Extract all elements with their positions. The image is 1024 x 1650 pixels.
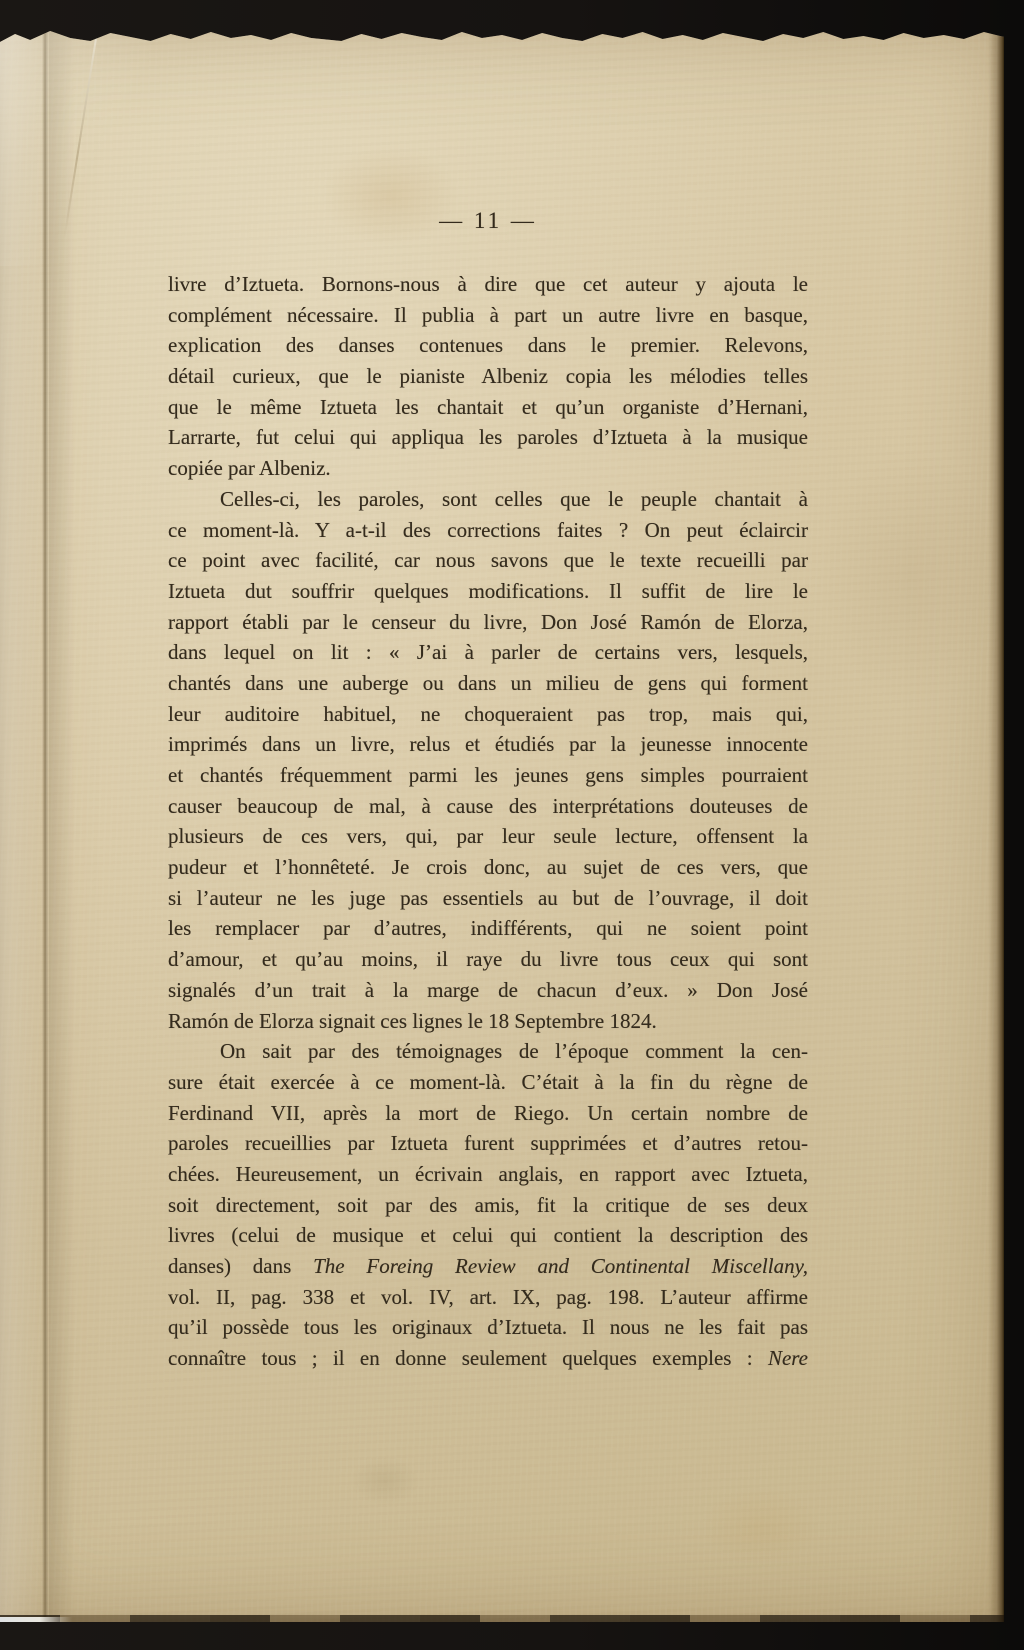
text-line: leur auditoire habituel, ne choqueraient… [168, 699, 808, 730]
text-segment: connaître tous ; il en donne seulement q… [168, 1346, 768, 1370]
text-segment: imprimés dans un livre, relus et étudiés… [168, 732, 808, 756]
paper-stain [700, 1486, 820, 1566]
page-corner-curl [0, 26, 150, 266]
text-line: plusieurs de ces vers, qui, par leur seu… [168, 821, 808, 852]
text-line: Iztueta dut souffrir quelques modificati… [168, 576, 808, 607]
text-segment: leur auditoire habituel, ne choqueraient… [168, 702, 808, 726]
text-line: pudeur et l’honnêteté. Je crois donc, au… [168, 852, 808, 883]
page-bottom-edge [0, 1615, 1004, 1622]
page-number: — 11 — [168, 206, 808, 236]
text-line: sure était exercée à ce moment-là. C’éta… [168, 1067, 808, 1098]
text-segment: les remplacer par d’autres, indifférents… [168, 916, 808, 940]
text-segment: d’amour, et qu’au moins, il raye du livr… [168, 947, 808, 971]
text-line: ce moment-là. Y a-t-il des corrections f… [168, 515, 808, 546]
text-line: explication des danses contenues dans le… [168, 330, 808, 361]
text-segment: dans lequel on lit : « J’ai à parler de … [168, 640, 808, 664]
text-segment: qu’il possède tous les originaux d’Iztue… [168, 1315, 808, 1339]
text-segment: sure était exercée à ce moment-là. C’éta… [168, 1070, 808, 1094]
text-segment: Celles-ci, les paroles, sont celles que … [220, 487, 808, 511]
text-segment: chantés dans une auberge ou dans un mili… [168, 671, 808, 695]
italic-text-segment: Nere [768, 1346, 808, 1370]
text-line: soit directement, soit par des amis, fit… [168, 1190, 808, 1221]
text-line: et chantés fréquemment parmi les jeunes … [168, 760, 808, 791]
text-line: copiée par Albeniz. [168, 453, 808, 484]
text-segment: et chantés fréquemment parmi les jeunes … [168, 763, 808, 787]
text-segment: soit directement, soit par des amis, fit… [168, 1193, 808, 1217]
text-segment: Iztueta dut souffrir quelques modificati… [168, 579, 808, 603]
text-line: ce point avec facilité, car nous savons … [168, 545, 808, 576]
underlying-pages-sliver [0, 1617, 72, 1623]
binding-fold-strip [0, 26, 45, 1622]
text-segment: danses) dans [168, 1254, 313, 1278]
text-segment: complément nécessaire. Il publia à part … [168, 303, 808, 327]
text-segment: signalés d’un trait à la marge de chacun… [168, 978, 808, 1002]
text-line: chées. Heureusement, un écrivain anglais… [168, 1159, 808, 1190]
binding-fold-crease [42, 26, 49, 1622]
text-line: vol. II, pag. 338 et vol. IV, art. IX, p… [168, 1282, 808, 1313]
text-segment: vol. II, pag. 338 et vol. IV, art. IX, p… [168, 1285, 808, 1309]
text-line: causer beaucoup de mal, à cause des inte… [168, 791, 808, 822]
text-segment: rapport établi par le censeur du livre, … [168, 610, 808, 634]
text-line: Ramón de Elorza signait ces lignes le 18… [168, 1006, 808, 1037]
text-segment: paroles recueillies par Iztueta furent s… [168, 1131, 808, 1155]
text-line: d’amour, et qu’au moins, il raye du livr… [168, 944, 808, 975]
text-line: complément nécessaire. Il publia à part … [168, 300, 808, 331]
text-line: Celles-ci, les paroles, sont celles que … [168, 484, 808, 515]
text-segment: ce point avec facilité, car nous savons … [168, 548, 808, 572]
text-segment: pudeur et l’honnêteté. Je crois donc, au… [168, 855, 808, 879]
text-segment: causer beaucoup de mal, à cause des inte… [168, 794, 808, 818]
paragraph: Celles-ci, les paroles, sont celles que … [168, 484, 808, 1036]
scanned-book-photo: { "colors": { "paper": "#d6c6a2", "ink":… [0, 0, 1024, 1650]
text-line: livres (celui de musique et celui qui co… [168, 1220, 808, 1251]
text-segment: que le même Iztueta les chantait et qu’u… [168, 395, 808, 419]
text-segment: Ferdinand VII, après la mort de Riego. U… [168, 1101, 808, 1125]
text-segment: chées. Heureusement, un écrivain anglais… [168, 1162, 808, 1186]
page-text-block: — 11 — livre d’Iztueta. Bornons-nous à d… [168, 206, 808, 1374]
italic-text-segment: The Foreing Review and Continental Misce… [313, 1254, 808, 1278]
text-line: imprimés dans un livre, relus et étudiés… [168, 729, 808, 760]
text-line: dans lequel on lit : « J’ai à parler de … [168, 637, 808, 668]
paragraph: livre d’Iztueta. Bornons-nous à dire que… [168, 269, 808, 484]
text-line: rapport établi par le censeur du livre, … [168, 607, 808, 638]
text-segment: détail curieux, que le pianiste Albeniz … [168, 364, 808, 388]
page-body-text: livre d’Iztueta. Bornons-nous à dire que… [168, 269, 808, 1374]
text-segment: livres (celui de musique et celui qui co… [168, 1223, 808, 1247]
text-segment: livre d’Iztueta. Bornons-nous à dire que… [168, 272, 808, 296]
page-right-edge [988, 26, 1004, 1622]
text-line: signalés d’un trait à la marge de chacun… [168, 975, 808, 1006]
text-line: Ferdinand VII, après la mort de Riego. U… [168, 1098, 808, 1129]
text-line: si l’auteur ne les juge pas essentiels a… [168, 883, 808, 914]
text-line: paroles recueillies par Iztueta furent s… [168, 1128, 808, 1159]
text-segment: si l’auteur ne les juge pas essentiels a… [168, 886, 808, 910]
binding-fold-shadow [49, 26, 75, 1622]
text-line: Larrarte, fut celui qui appliqua les par… [168, 422, 808, 453]
text-line: danses) dans The Foreing Review and Cont… [168, 1251, 808, 1282]
text-segment: ce moment-là. Y a-t-il des corrections f… [168, 518, 808, 542]
paper-stain [820, 446, 1000, 706]
text-line: connaître tous ; il en donne seulement q… [168, 1343, 808, 1374]
text-segment: Larrarte, fut celui qui appliqua les par… [168, 425, 808, 449]
text-segment: copiée par Albeniz. [168, 456, 331, 480]
paragraph: On sait par des témoignages de l’époque … [168, 1036, 808, 1374]
text-line: que le même Iztueta les chantait et qu’u… [168, 392, 808, 423]
text-line: détail curieux, que le pianiste Albeniz … [168, 361, 808, 392]
paper-stain [350, 1456, 420, 1506]
text-line: les remplacer par d’autres, indifférents… [168, 913, 808, 944]
text-segment: plusieurs de ces vers, qui, par leur seu… [168, 824, 808, 848]
book-page: — 11 — livre d’Iztueta. Bornons-nous à d… [0, 26, 1004, 1622]
text-line: chantés dans une auberge ou dans un mili… [168, 668, 808, 699]
page-corner-curl-line [63, 32, 98, 240]
text-segment: On sait par des témoignages de l’époque … [220, 1039, 808, 1063]
text-line: qu’il possède tous les originaux d’Iztue… [168, 1312, 808, 1343]
text-segment: Ramón de Elorza signait ces lignes le 18… [168, 1009, 657, 1033]
text-line: livre d’Iztueta. Bornons-nous à dire que… [168, 269, 808, 300]
text-line: On sait par des témoignages de l’époque … [168, 1036, 808, 1067]
text-segment: explication des danses contenues dans le… [168, 333, 808, 357]
